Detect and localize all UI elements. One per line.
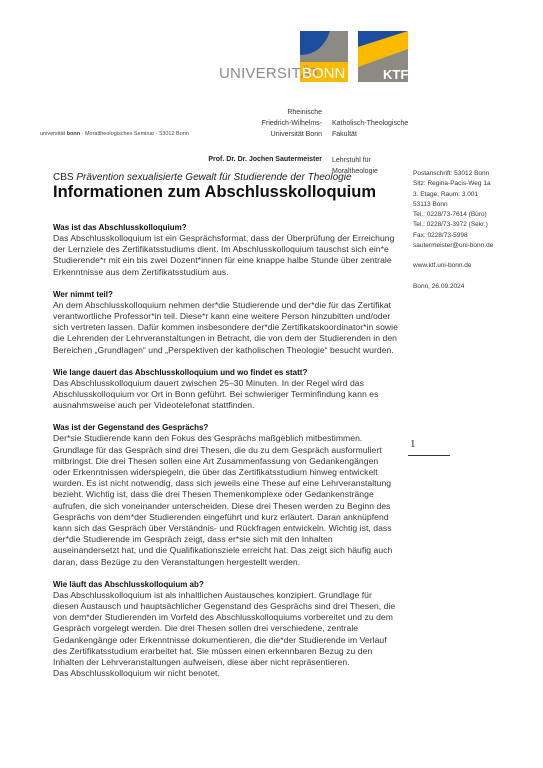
section-participants: Wer nimmt teil? An dem Abschlusskolloqui… [53,289,398,356]
section-heading: Wer nimmt teil? [53,289,398,300]
sender-bold: bonn [67,131,80,137]
contact-sidebar: Postanschrift: 53012 Bonn Sitz: Regina-P… [413,169,493,292]
university-name: Rheinische Friedrich-Wilhelms- Universit… [262,107,322,140]
phone-office: Tel.: 0228/73-7614 (Büro) [413,210,493,220]
document-body: Was ist das Abschlusskolloquium? Das Abs… [53,222,398,691]
section-body: An dem Abschlusskolloquium nehmen der*di… [53,300,398,356]
page-number: 1 [410,438,416,450]
letter-date: Bonn, 26.09.2024 [413,282,493,292]
sender-line: universität bonn · Moraltheologisches Se… [40,131,189,137]
page-title: Informationen zum Abschlusskolloquium [53,183,376,202]
section-closing: Das Abschlusskolloquium wir nicht benote… [53,668,398,679]
logo-bonn-text: BONN [302,65,345,82]
address-line: Sitz: Regina-Pacis-Weg 1a [413,179,493,189]
section-body: Das Abschlusskolloquium ist ein Gespräch… [53,233,398,278]
section-body: Der*sie Studierende kann den Fokus des G… [53,433,398,567]
sender-rest: · Moraltheologisches Seminar · 53012 Bon… [80,131,189,137]
section-subject: Was ist der Gegenstand des Gesprächs? De… [53,422,398,567]
professor-name: Prof. Dr. Dr. Jochen Sautermeister [208,156,322,163]
document-subtitle: CBS Prävention sexualisierte Gewalt für … [53,172,352,183]
section-what: Was ist das Abschlusskolloquium? Das Abs… [53,222,398,278]
section-heading: Wie lange dauert das Abschlusskolloquium… [53,367,398,378]
address-line: 3. Etage, Raum: 3.001 [413,190,493,200]
section-procedure: Wie läuft das Abschlusskolloquium ab? Da… [53,579,398,680]
sender-prefix: universität [40,131,67,137]
university-line: Friedrich-Wilhelms- [262,118,322,129]
faculty-name: Katholisch-Theologische Fakultät [332,118,408,140]
page-number-rule [408,455,450,456]
email-link[interactable]: sautermeister@uni-bonn.de [413,241,493,251]
chair-line: Lehrstuhl für [332,155,378,166]
section-body: Das Abschlusskolloquium dauert zwischen … [53,378,398,412]
uni-bonn-logo-mark [300,31,348,62]
address-line: 53113 Bonn [413,200,493,210]
faculty-line: Katholisch-Theologische [332,118,408,129]
section-heading: Wie läuft das Abschlusskolloquium ab? [53,579,398,590]
subtitle-prefix: CBS [53,172,76,183]
section-body: Das Abschlusskolloquium ist als inhaltli… [53,590,398,668]
section-heading: Was ist das Abschlusskolloquium? [53,222,398,233]
logo-ktf-text: KTF [383,67,408,82]
university-line: Universität Bonn [262,129,322,140]
section-heading: Was ist der Gegenstand des Gesprächs? [53,422,398,433]
phone-secretary: Tel.: 0228/73-3972 (Sekr.) [413,220,493,230]
section-duration: Wie lange dauert das Abschlusskolloquium… [53,367,398,412]
website-link[interactable]: www.ktf.uni-bonn.de [413,261,493,271]
faculty-line: Fakultät [332,129,408,140]
university-line: Rheinische [262,107,322,118]
address-line: Postanschrift: 53012 Bonn [413,169,493,179]
fax: Fax: 0228/73-5998 [413,231,493,241]
subtitle-italic: Prävention sexualisierte Gewalt für Stud… [76,172,351,183]
